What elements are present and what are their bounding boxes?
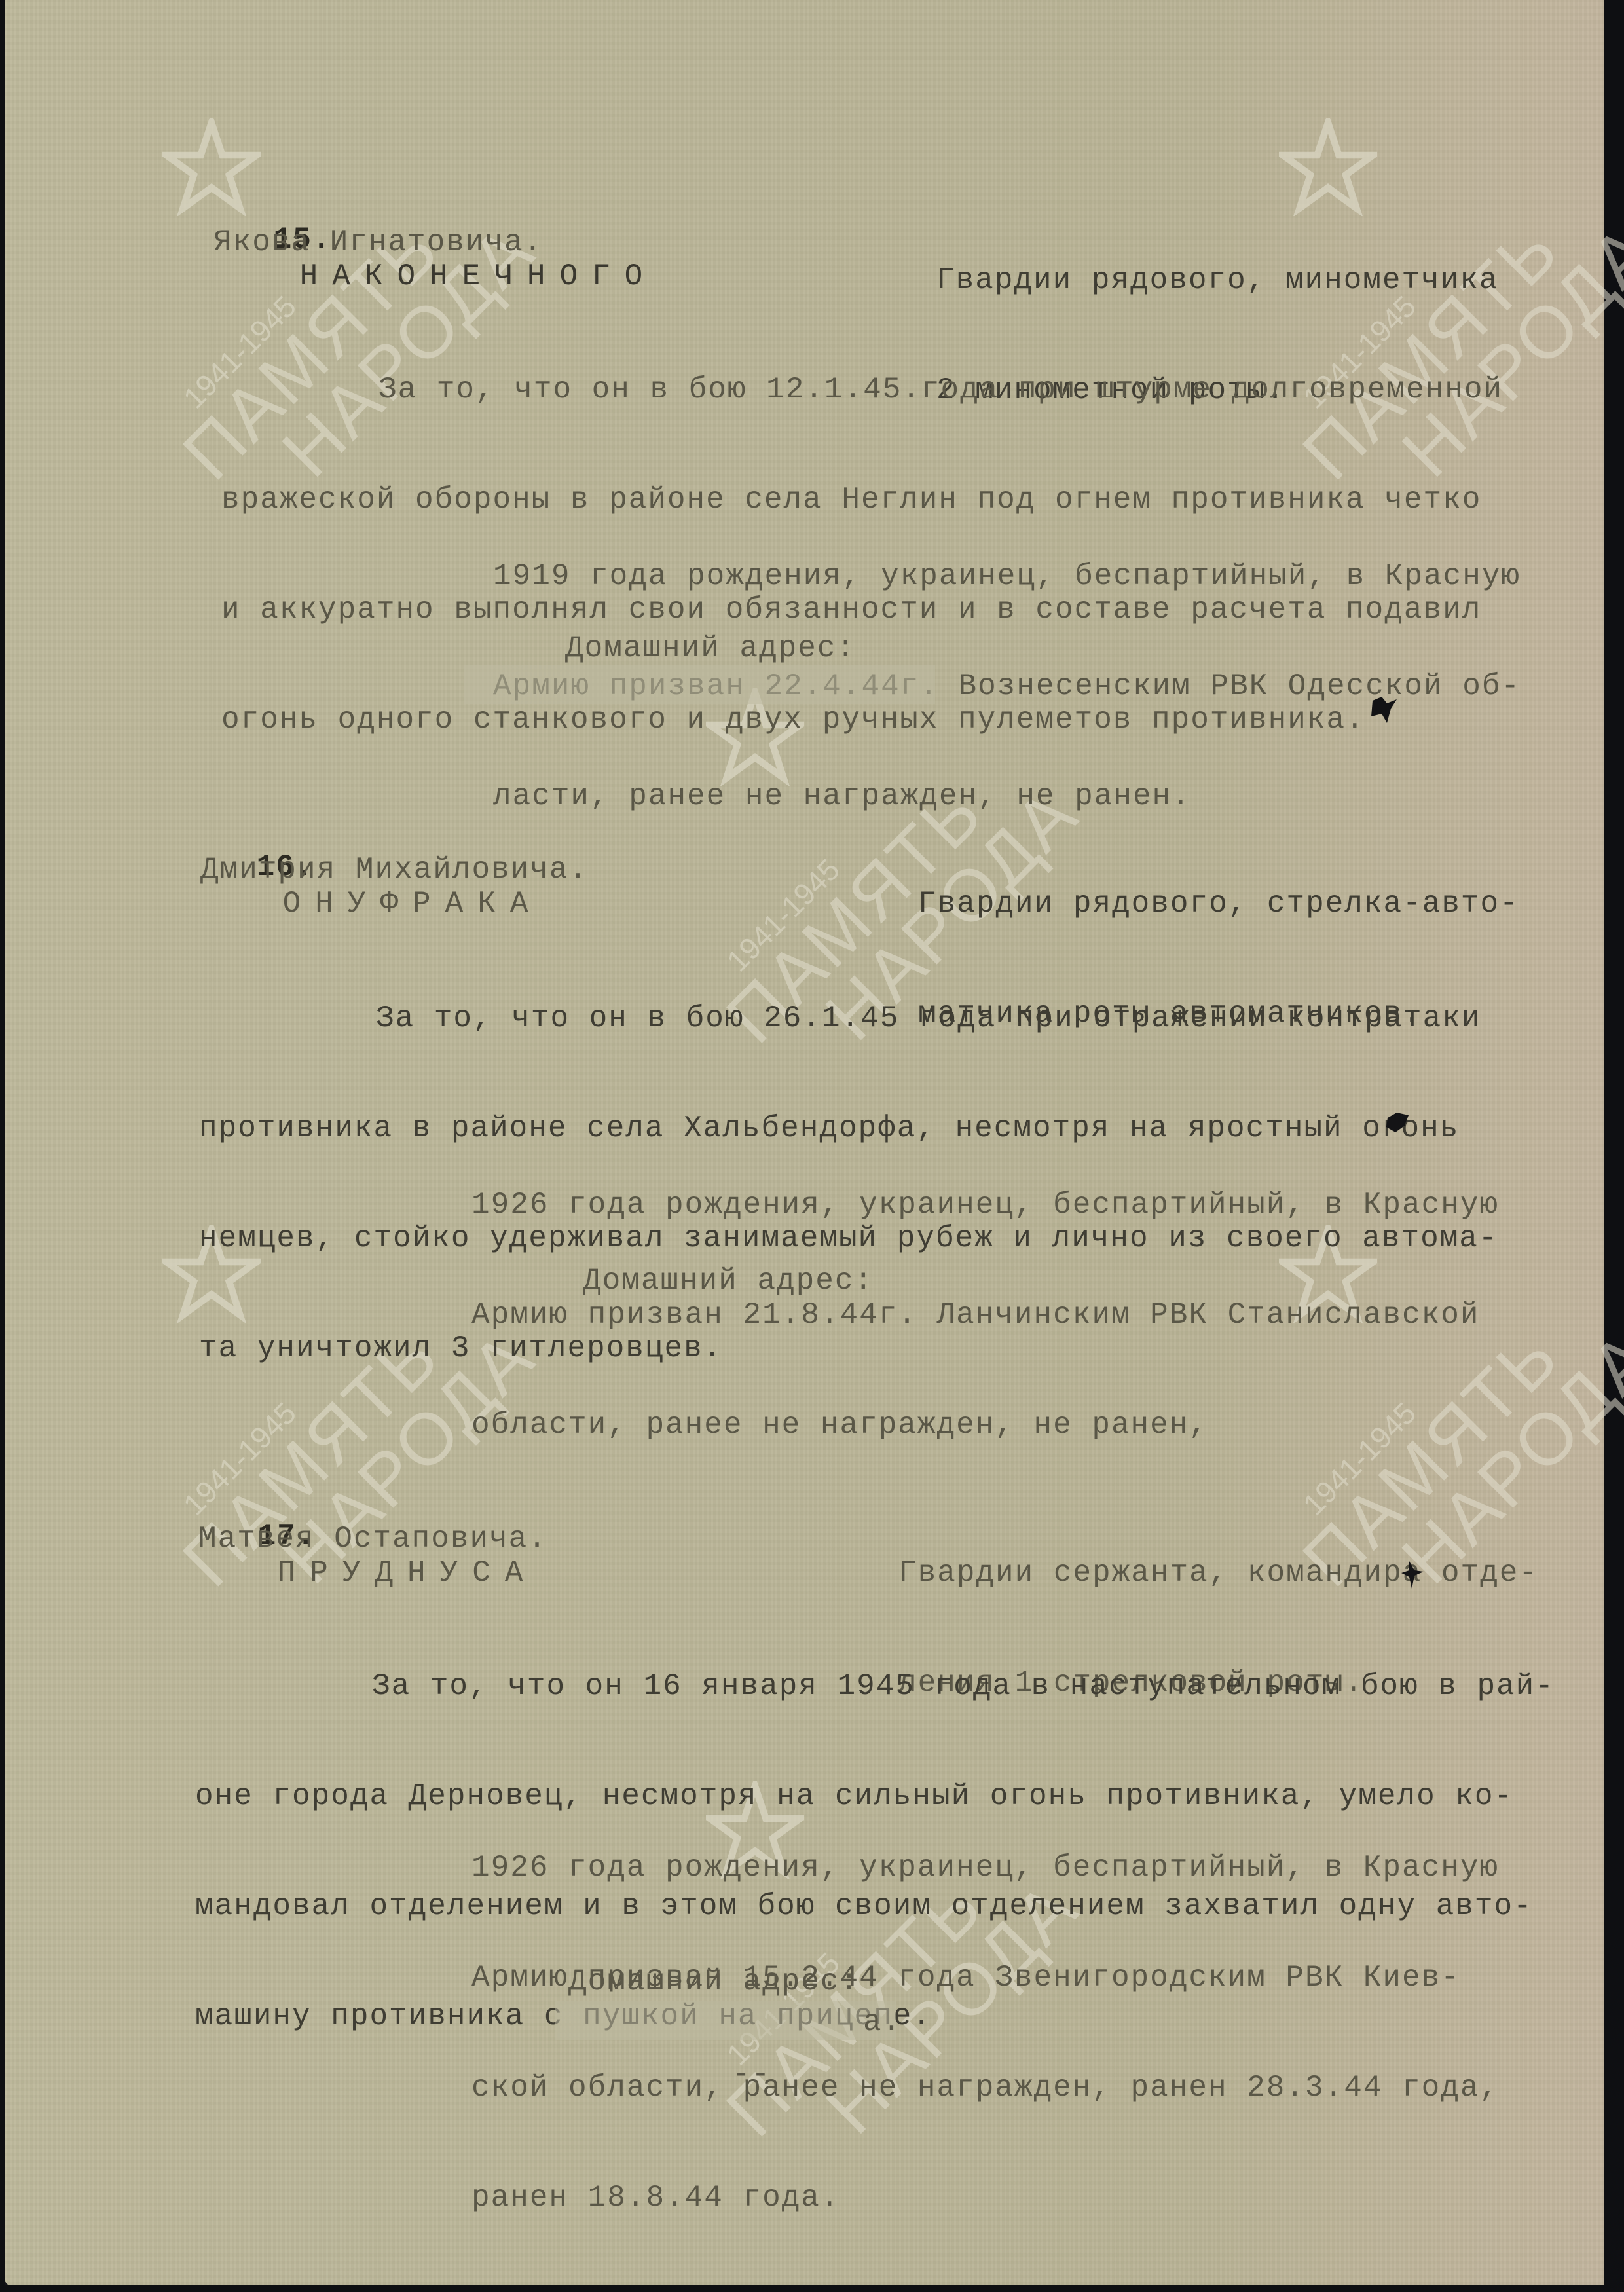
- redacted-address: [464, 665, 935, 704]
- entry-surname: ПРУДНУСА: [278, 1556, 538, 1590]
- entry-address-label: Домашний адрес:: [565, 630, 856, 667]
- punch-hole-mark-icon: [1367, 694, 1400, 730]
- entry-given-names: Якова Игнатовича.: [213, 224, 543, 261]
- entry-surname: НАКОНЕЧНОГО: [300, 259, 657, 293]
- address-trailing: а.: [863, 2004, 902, 2041]
- entry-surname: ОНУФРАКА: [283, 887, 543, 921]
- punch-hole-mark-icon: [1400, 1559, 1426, 1591]
- entry-given-names: Дмитрия Михайловича.: [200, 851, 588, 888]
- document-page: 1941-1945 ПАМЯТЬ НАРОДА 1941-1945 ПАМЯТЬ…: [5, 0, 1604, 2285]
- entry-address-label: Домашний адрес:: [568, 1963, 859, 2000]
- entry-given-names: Матвея Остаповича.: [198, 1521, 547, 1557]
- punch-hole-mark-icon: [1384, 1110, 1413, 1136]
- redacted-address: [555, 2001, 896, 2040]
- end-mark: --: [732, 2056, 771, 2093]
- entry-address-label: Домашний адрес:: [583, 1263, 874, 1299]
- entry-bio: 1926 года рождения, украинец, беспартийн…: [471, 1113, 1499, 1517]
